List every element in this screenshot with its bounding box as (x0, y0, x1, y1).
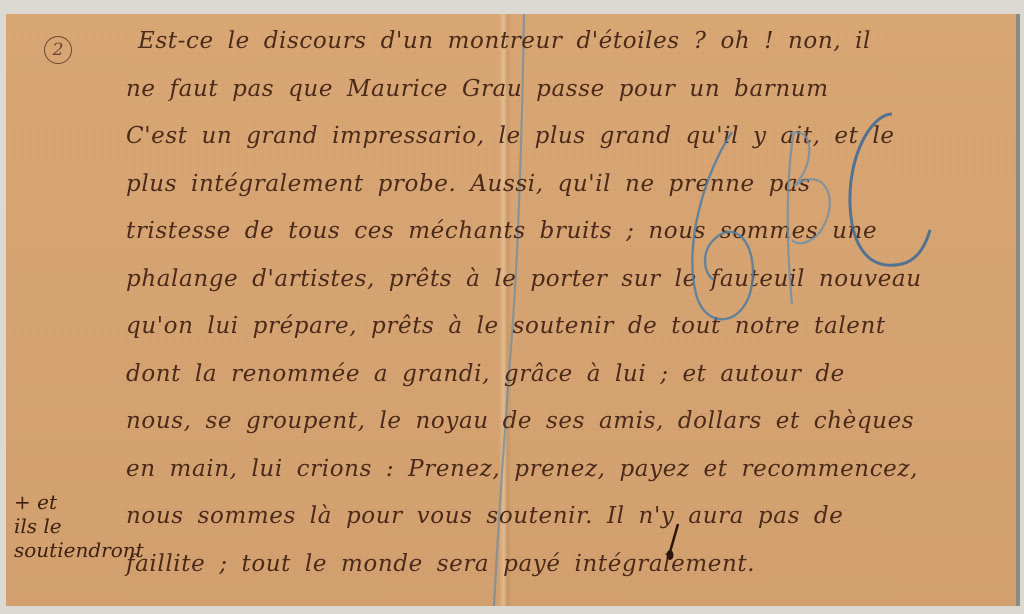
text-line: en main, lui crions : Prenez, prenez, pa… (126, 446, 1006, 494)
margin-note-line: ils le (14, 514, 134, 538)
margin-note-line: soutiendront (14, 538, 134, 562)
text-line: faillite ; tout le monde sera payé intég… (126, 541, 1006, 589)
scanned-document: 2 Est-ce le discours d'un montreur d'éto… (0, 0, 1024, 614)
text-line: nous, se groupent, le noyau de ses amis,… (126, 398, 1006, 446)
text-line: Est-ce le discours d'un montreur d'étoil… (126, 18, 1006, 66)
insertion-mark-icon (666, 522, 680, 562)
margin-note-line: + et (14, 490, 134, 514)
letter-page: 2 Est-ce le discours d'un montreur d'éto… (6, 14, 1016, 606)
text-line: nous sommes là pour vous soutenir. Il n'… (126, 493, 1006, 541)
blue-pencil-annotation-6bl (674, 104, 934, 334)
text-line: dont la renommée a grandi, grâce à lui ;… (126, 351, 1006, 399)
page-number-circled: 2 (44, 36, 72, 64)
margin-annotation: + et ils le soutiendront (14, 490, 134, 562)
